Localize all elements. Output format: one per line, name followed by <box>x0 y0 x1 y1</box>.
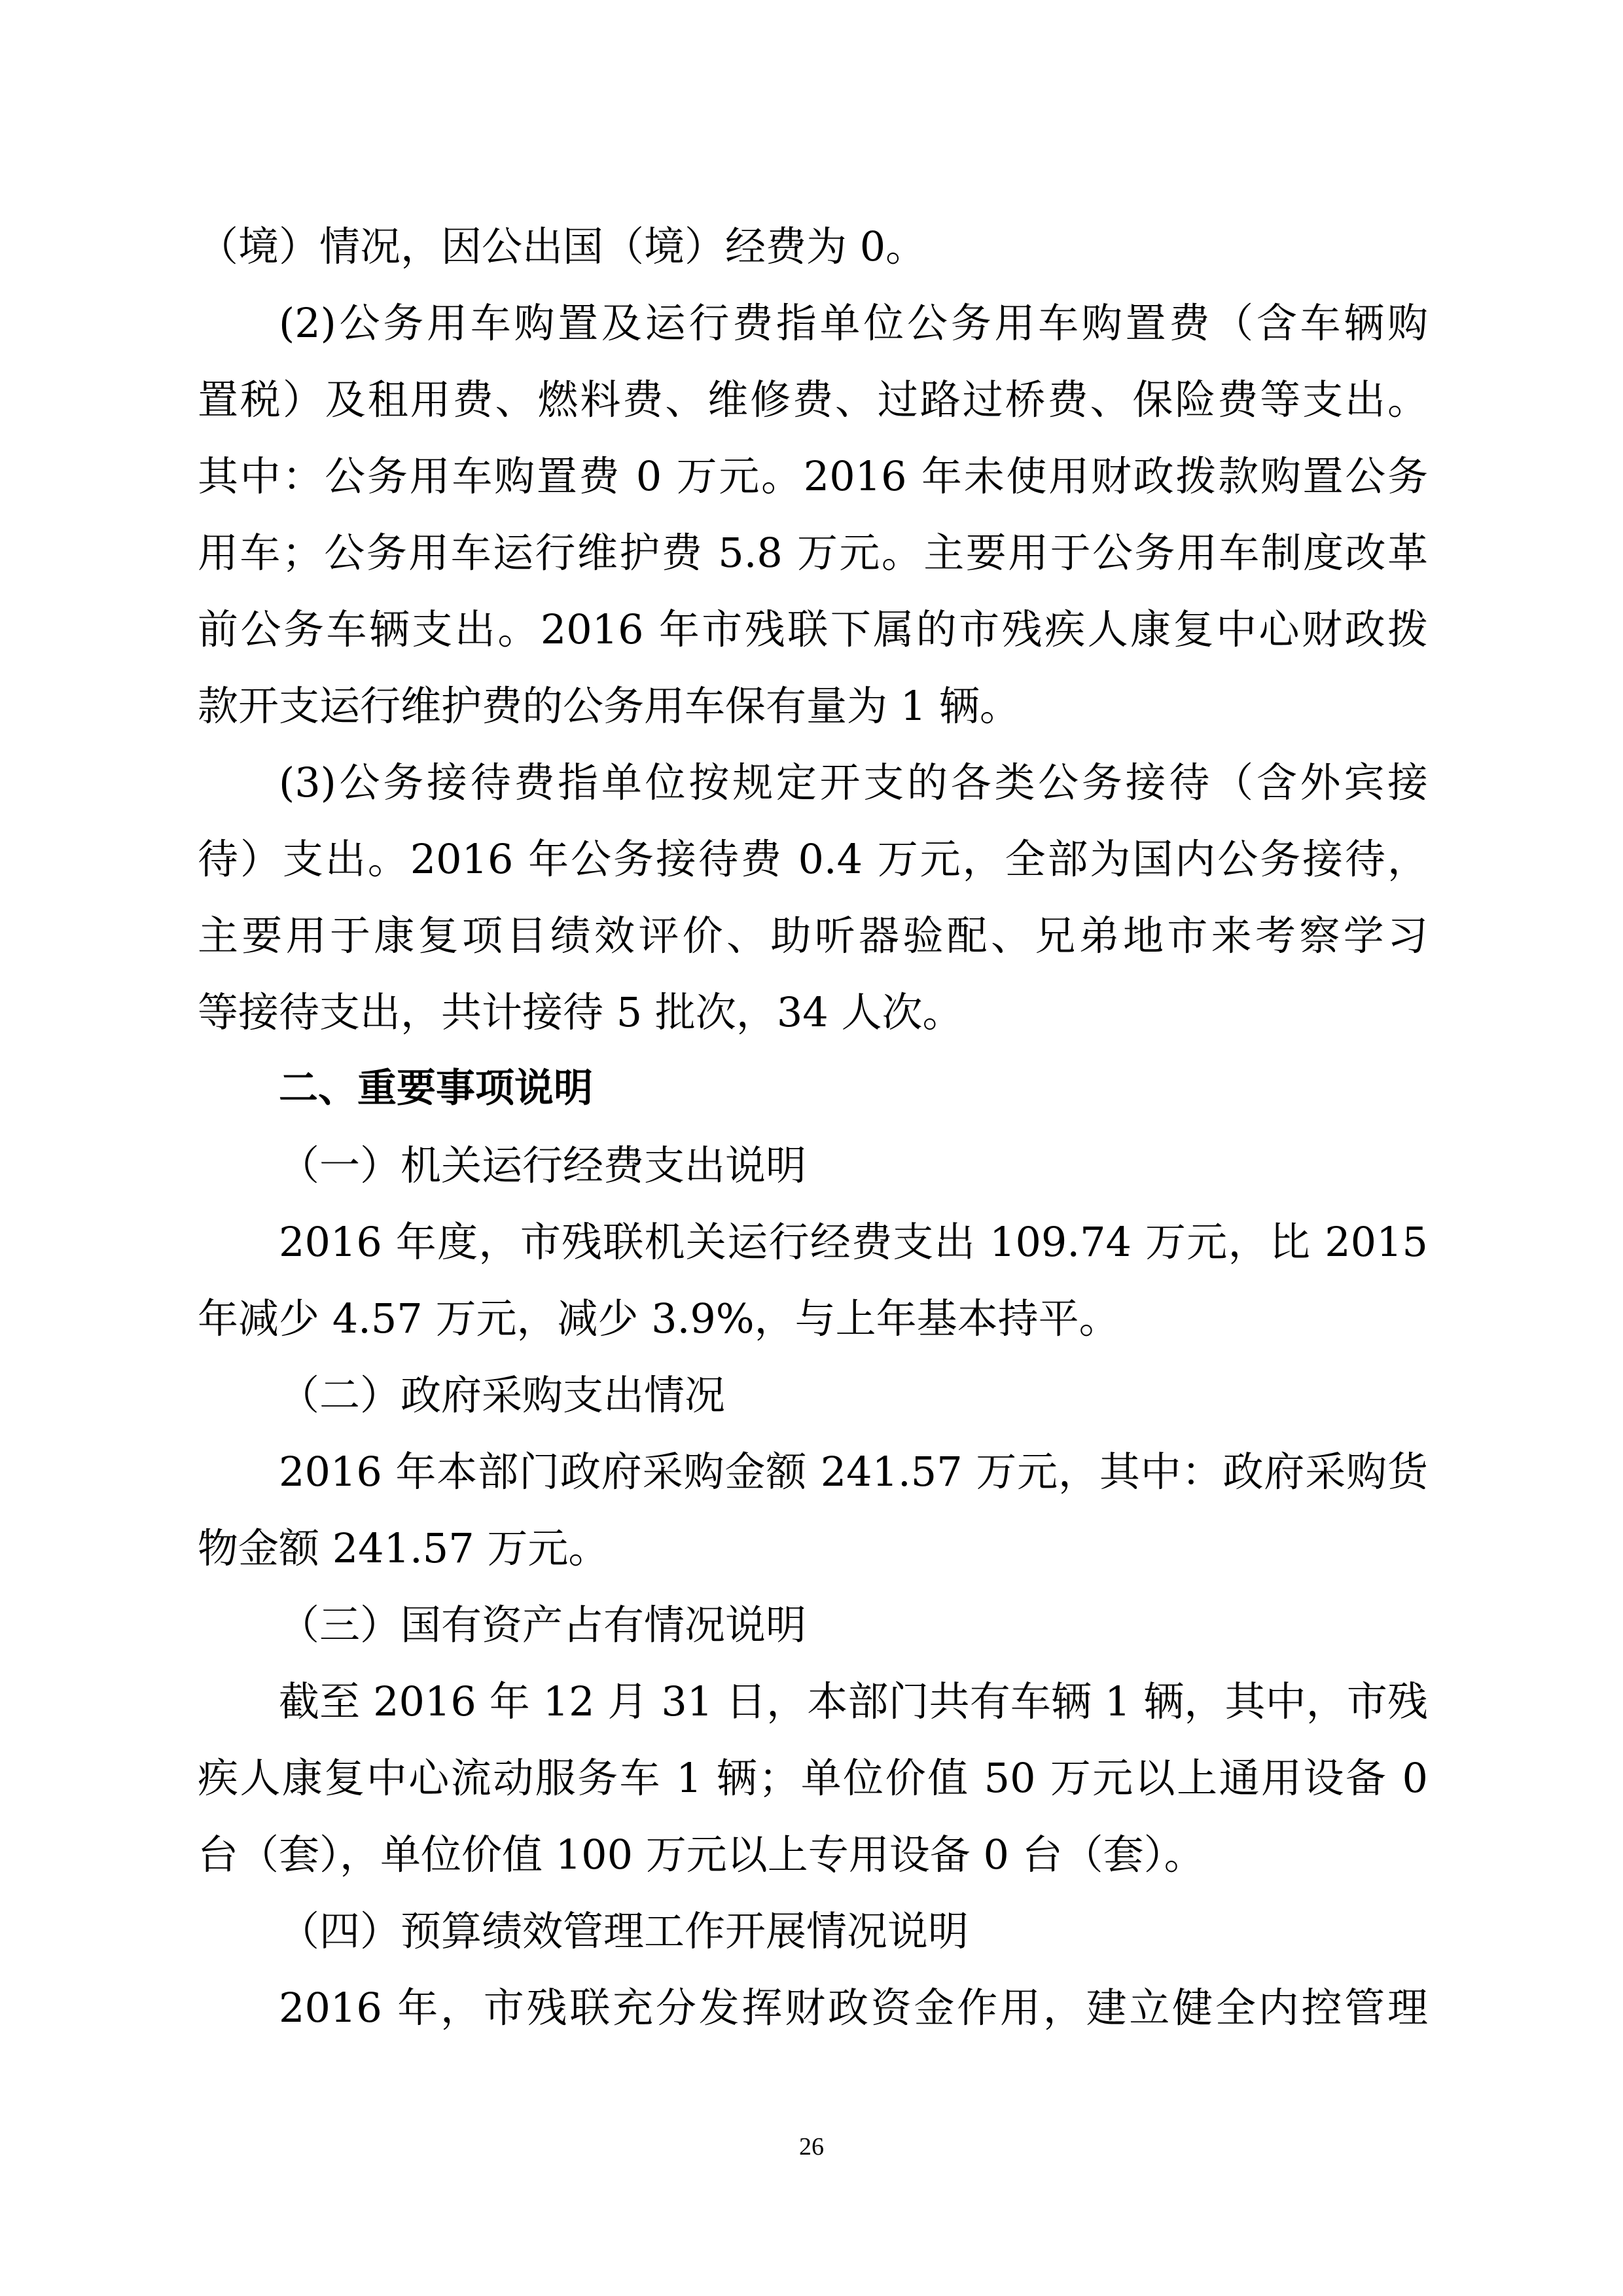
paragraph-line: 截至 2016 年 12 月 31 日，本部门共有车辆 1 辆，其中，市残 <box>198 1663 1428 1740</box>
paragraph-line: 物金额 241.57 万元。 <box>198 1510 1428 1587</box>
paragraph-line-vehicle-cost-intro: (2)公务用车购置及运行费指单位公务用车购置费（含车辆购 <box>198 285 1428 361</box>
paragraph-line: 其中：公务用车购置费 0 万元。2016 年未使用财政拨款购置公务 <box>198 438 1428 514</box>
page-number: 26 <box>0 2127 1623 2166</box>
paragraph-line: 疾人康复中心流动服务车 1 辆；单位价值 50 万元以上通用设备 0 <box>198 1740 1428 1816</box>
paragraph-line: 前公务车辆支出。2016 年市残联下属的市残疾人康复中心财政拨 <box>198 591 1428 668</box>
paragraph-line: 2016 年度，市残联机关运行经费支出 109.74 万元，比 2015 <box>198 1204 1428 1280</box>
paragraph-line: 台（套），单位价值 100 万元以上专用设备 0 台（套）。 <box>198 1816 1428 1893</box>
paragraph-line: 主要用于康复项目绩效评价、助听器验配、兄弟地市来考察学习 <box>198 897 1428 974</box>
paragraph-line: 2016 年，市残联充分发挥财政资金作用，建立健全内控管理 <box>198 1969 1428 2046</box>
body-text: （境）情况，因公出国（境）经费为 0。 (2)公务用车购置及运行费指单位公务用车… <box>198 208 1428 2046</box>
subheading-operating-expenses: （一）机关运行经费支出说明 <box>198 1127 1428 1204</box>
paragraph-line-reception-cost-intro: (3)公务接待费指单位按规定开支的各类公务接待（含外宾接 <box>198 744 1428 821</box>
paragraph-line-outbound-travel-end: （境）情况，因公出国（境）经费为 0。 <box>198 208 1428 285</box>
document-page: （境）情况，因公出国（境）经费为 0。 (2)公务用车购置及运行费指单位公务用车… <box>0 0 1623 2296</box>
paragraph-line: 年减少 4.57 万元，减少 3.9%，与上年基本持平。 <box>198 1280 1428 1357</box>
section-heading-important-matters: 二、重要事项说明 <box>198 1050 1428 1127</box>
paragraph-line: 款开支运行维护费的公务用车保有量为 1 辆。 <box>198 668 1428 744</box>
paragraph-line: 等接待支出，共计接待 5 批次，34 人次。 <box>198 974 1428 1050</box>
paragraph-line: 用车；公务用车运行维护费 5.8 万元。主要用于公务用车制度改革 <box>198 514 1428 591</box>
paragraph-line: 置税）及租用费、燃料费、维修费、过路过桥费、保险费等支出。 <box>198 361 1428 438</box>
subheading-state-assets: （三）国有资产占有情况说明 <box>198 1587 1428 1663</box>
subheading-performance-management: （四）预算绩效管理工作开展情况说明 <box>198 1893 1428 1969</box>
paragraph-line: 2016 年本部门政府采购金额 241.57 万元，其中：政府采购货 <box>198 1433 1428 1510</box>
paragraph-line: 待）支出。2016 年公务接待费 0.4 万元，全部为国内公务接待， <box>198 821 1428 897</box>
subheading-government-procurement: （二）政府采购支出情况 <box>198 1357 1428 1433</box>
